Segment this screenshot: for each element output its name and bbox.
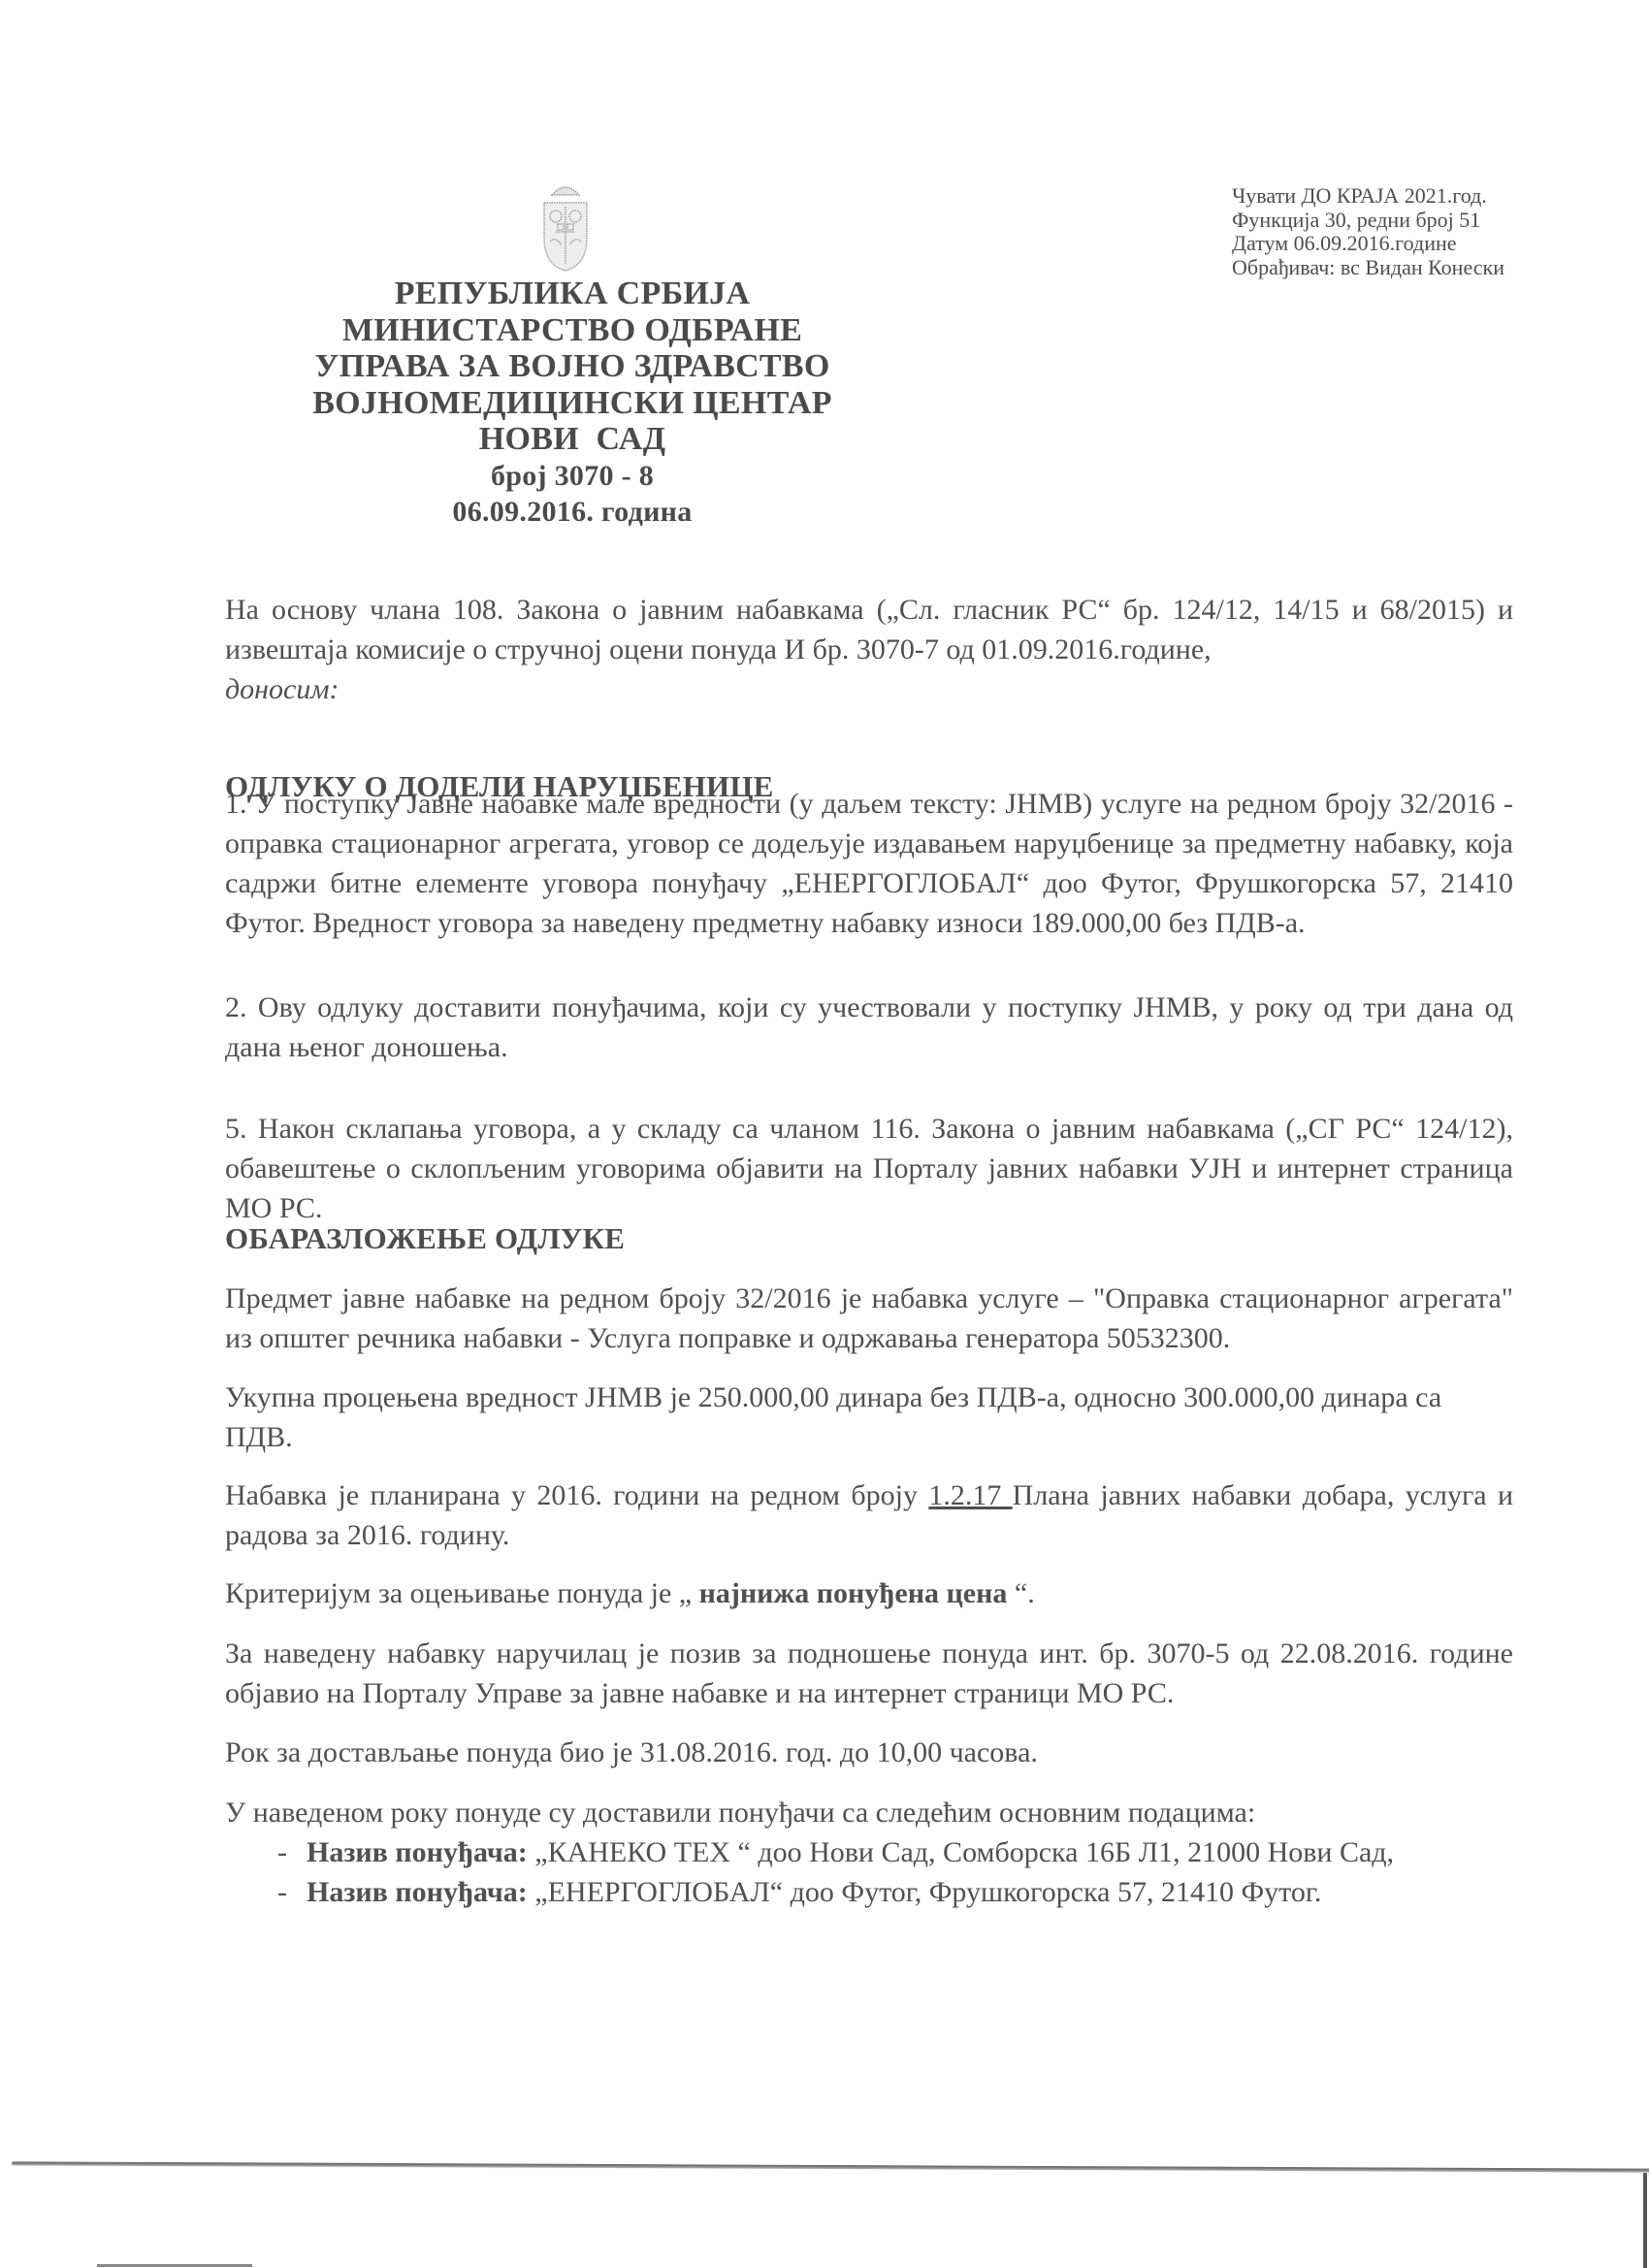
decision-item-1: 1. У поступку Јавне набавке мале вреднос… [225, 784, 1513, 943]
intro-section: На основу члана 108. Закона о јавним наб… [225, 590, 1513, 709]
rationale-p7: У наведеном року понуде су доставили пон… [225, 1793, 1513, 1912]
scan-bottom-strip [97, 2264, 252, 2267]
bidders-intro: У наведеном року понуде су доставили пон… [225, 1793, 1513, 1832]
bidder-label: Назив понуђача: [307, 1872, 528, 1912]
deadline-paragraph: Рок за достављање понуда био је 31.08.20… [225, 1733, 1513, 1772]
rationale-title: ОБАРАЗЛОЖЕЊЕ ОДЛУКЕ [225, 1218, 1513, 1258]
coat-of-arms-icon [538, 178, 593, 275]
organization-header: РЕПУБЛИКА СРБИЈА МИНИСТАРСТВО ОДБРАНЕ УП… [291, 275, 854, 531]
rationale-p5: За наведену набавку наручилац је позив з… [225, 1634, 1513, 1713]
rationale-p6: Рок за достављање понуда био је 31.08.20… [225, 1733, 1513, 1772]
bidder-value: „КАНЕКО ТЕХ “ доо Нови Сад, Сомборска 16… [528, 1832, 1394, 1872]
list-dash: - [277, 1832, 307, 1872]
rationale-p3: Набавка је планирана у 2016. години на р… [225, 1475, 1513, 1555]
bidder-item: - Назив понуђача: „ЕНЕРГОГЛОБАЛ“ доо Фут… [225, 1872, 1513, 1912]
org-line-city: НОВИ САД [291, 421, 854, 458]
archive-metadata: Чувати ДО КРАЈА 2021.год. Функција 30, р… [1232, 184, 1504, 279]
retention-line: Чувати ДО КРАЈА 2021.год. [1232, 184, 1504, 209]
bidder-value: „ЕНЕРГОГЛОБАЛ“ доо Футог, Фрушкогорска 5… [528, 1872, 1322, 1912]
estimated-value-paragraph: Укупна процењена вредност ЈНМВ је 250.00… [225, 1377, 1513, 1457]
plan-paragraph: Набавка је планирана у 2016. години на р… [225, 1475, 1513, 1555]
criterion-value: најнижа понуђена цена [699, 1577, 1008, 1609]
document-date: 06.09.2016. година [291, 494, 854, 531]
criterion-text-before: Критеријум за оцењивање понуда је „ [225, 1577, 699, 1609]
plan-number: 1.2.17 [928, 1479, 1012, 1511]
rationale-p1: Предмет јавне набавке на редном броју 32… [225, 1279, 1513, 1358]
bidder-item: - Назив понуђача: „КАНЕКО ТЕХ “ доо Нови… [225, 1832, 1513, 1872]
subject-paragraph: Предмет јавне набавке на редном броју 32… [225, 1279, 1513, 1358]
intro-paragraph: На основу члана 108. Закона о јавним наб… [225, 590, 1513, 669]
rationale-p4: Критеријум за оцењивање понуда је „ најн… [225, 1573, 1513, 1613]
intro-closing: доносим: [225, 669, 1513, 709]
list-dash: - [277, 1872, 307, 1912]
plan-text-before: Набавка је планирана у 2016. години на р… [225, 1479, 928, 1511]
processor-line: Обрађивач: вс Видан Конески [1232, 256, 1504, 280]
decision-item-5: 5. Након склапања уговора, а у складу са… [225, 1109, 1513, 1228]
org-line-directorate: УПРАВА ЗА ВОЈНО ЗДРАВСТВО [291, 348, 854, 385]
scan-fold-line [12, 2161, 1649, 2172]
org-line-republic: РЕПУБЛИКА СРБИЈА [291, 275, 854, 312]
bidder-label: Назив понуђача: [307, 1832, 528, 1872]
org-line-center: ВОЈНОМЕДИЦИНСКИ ЦЕНТАР [291, 385, 854, 422]
document-number: број 3070 - 8 [291, 458, 854, 495]
invitation-paragraph: За наведену набавку наручилац је позив з… [225, 1634, 1513, 1713]
org-line-ministry: МИНИСТАРСТВО ОДБРАНЕ [291, 312, 854, 349]
criterion-text-after: “. [1007, 1577, 1034, 1609]
rationale-p2: Укупна процењена вредност ЈНМВ је 250.00… [225, 1377, 1513, 1457]
function-line: Функција 30, редни број 51 [1232, 209, 1504, 233]
decision-item-2: 2. Ову одлуку доставити понуђачима, који… [225, 988, 1513, 1067]
criterion-paragraph: Критеријум за оцењивање понуда је „ најн… [225, 1573, 1513, 1613]
date-line: Датум 06.09.2016.године [1232, 232, 1504, 256]
scan-edge [1643, 2173, 1647, 2268]
